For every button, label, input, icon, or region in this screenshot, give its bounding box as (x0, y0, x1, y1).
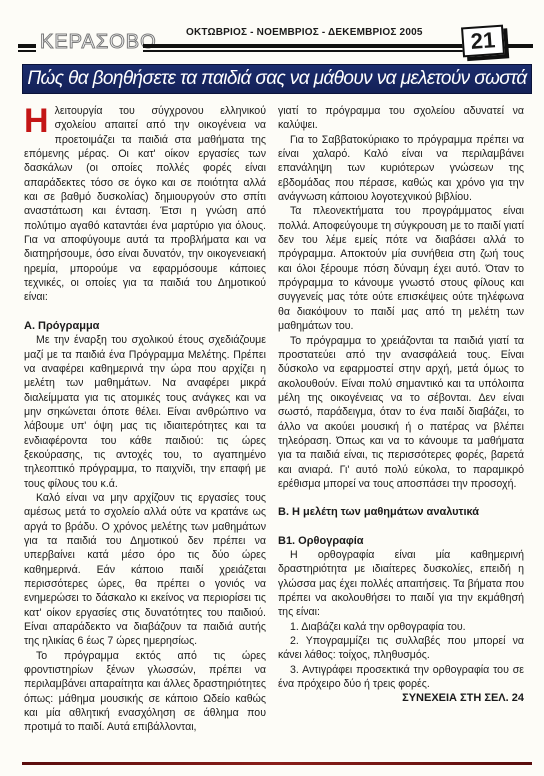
section-a-paragraph: Για το Σαββατοκύριακο το πρόγραμμα πρέπε… (278, 133, 524, 205)
spacer (278, 491, 524, 505)
masthead: ΚΕΡΑΣΟΒΟ ΟΚΤΩΒΡΙΟΣ - ΝΟΕΜΒΡΙΟΣ - ΔΕΚΕΜΒΡ… (0, 0, 544, 60)
section-b-heading: Β. Η μελέτη των μαθημάτων αναλυτικά (278, 505, 524, 519)
section-a-paragraph: Τα πλεονεκτήματα του προγράμματος είναι … (278, 204, 524, 333)
masthead-rule-left-thin (18, 50, 36, 52)
masthead-rule-main (143, 44, 463, 48)
intro-paragraph: Ηλειτουργία του σύγχρονου ελληνικού σχολ… (24, 104, 266, 305)
section-a-paragraph: Το πρόγραμμα το χρειάζονται τα παιδιά γι… (278, 334, 524, 492)
section-a-paragraph: Καλό είναι να μην αρχίζουν τις εργασίες … (24, 491, 266, 649)
drop-cap: Η (24, 106, 49, 136)
section-a-paragraph: Το πρόγραμμα εκτός από τις ώρες φροντιστ… (24, 649, 266, 735)
masthead-rule-main-thin (143, 50, 463, 52)
step-item: 2. Υπογραμμίζει τις συλλαβές που μπορεί … (278, 634, 524, 663)
article-column-right: γιατί το πρόγραμμα του σχολείου αδυνατεί… (278, 104, 524, 706)
issue-date: ΟΚΤΩΒΡΙΟΣ - ΝΟΕΜΒΡΙΟΣ - ΔΕΚΕΜΒΡΙΟΣ 2005 (186, 27, 423, 38)
spacer (24, 305, 266, 319)
bottom-rule (22, 762, 532, 765)
continued-on-page: ΣΥΝΕΧΕΙΑ ΣΤΗ ΣΕΛ. 24 (278, 691, 524, 705)
step-item: 1. Διαβάζει καλά την ορθογραφία του. (278, 620, 524, 634)
section-b1-heading: Β1. Ορθογραφία (278, 534, 524, 548)
masthead-rule-left (18, 44, 36, 48)
page-number: 21 (461, 25, 505, 58)
spacer (278, 520, 524, 534)
article-column-left: Ηλειτουργία του σύγχρονου ελληνικού σχολ… (24, 104, 266, 735)
masthead-rule-right (505, 44, 533, 48)
section-a-heading: Α. Πρόγραμμα (24, 319, 266, 333)
step-item: 3. Αντιγράφει προσεκτικά την ορθογραφία … (278, 663, 524, 692)
section-a-paragraph-continued: γιατί το πρόγραμμα του σχολείου αδυνατεί… (278, 104, 524, 133)
intro-text: λειτουργία του σύγχρονου ελληνικού σχολε… (24, 105, 266, 303)
newspaper-name: ΚΕΡΑΣΟΒΟ (40, 31, 157, 54)
section-b1-paragraph: Η ορθογραφία είναι μία καθημερινή δραστη… (278, 548, 524, 620)
section-a-paragraph: Με την έναρξη του σχολικού έτους σχεδιάζ… (24, 333, 266, 491)
article-title: Πώς θα βοηθήσετε τα παιδιά σας να μάθουν… (22, 64, 532, 94)
